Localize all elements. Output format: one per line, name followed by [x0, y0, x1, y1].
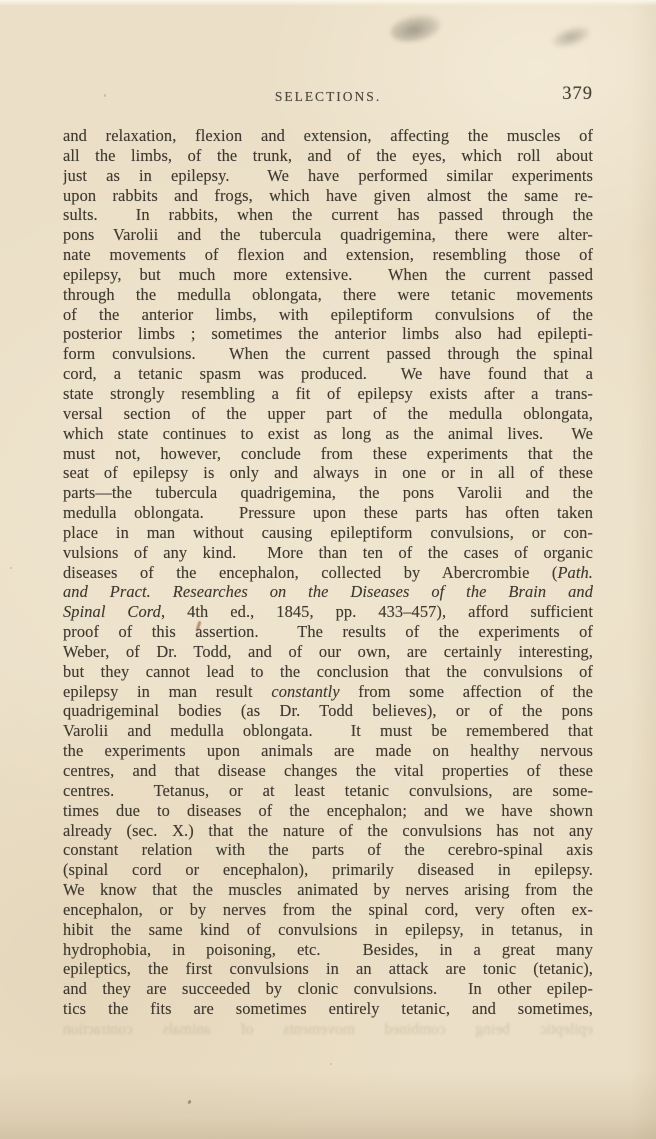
text-segment: hydrophobia, in poisoning, etc. Besides,…	[63, 940, 593, 959]
text-segment: quadrigeminal bodies (as Dr. Todd believ…	[63, 701, 593, 720]
text-line: must not, however, conclude from these e…	[63, 444, 593, 464]
text-segment: all the limbs, of the trunk, and of the …	[63, 146, 593, 165]
text-line: just as in epilepsy. We have performed s…	[63, 166, 593, 186]
text-line: epilepsy in man result constantly from s…	[63, 682, 593, 702]
text-segment: , 4th ed., 1845, pp. 433–457), afford su…	[161, 602, 593, 621]
text-line: and relaxation, flexion and extension, a…	[63, 126, 593, 146]
ink-smudge	[549, 22, 593, 51]
text-line: form convulsions. When the current passe…	[63, 344, 593, 364]
text-segment: medulla oblongata. Pressure upon these p…	[63, 503, 593, 522]
text-line: already (sec. X.) that the nature of the…	[63, 821, 593, 841]
ink-smudge	[388, 10, 444, 46]
text-line: the experiments upon animals are made on…	[63, 741, 593, 761]
text-line: centres. Tetanus, or at least tetanic co…	[63, 781, 593, 801]
text-line: encephalon, or by nerves from the spinal…	[63, 900, 593, 920]
text-line: which state continues to exist as long a…	[63, 424, 593, 444]
text-segment: epilepsy in man result	[63, 682, 271, 701]
text-segment: nate movements of flexion and extension,…	[63, 245, 593, 264]
text-segment: pons Varolii and the tubercula quadrigem…	[63, 225, 593, 244]
text-segment: Weber, of Dr. Todd, and of our own, are …	[63, 642, 593, 661]
text-segment: posterior limbs ; sometimes the anterior…	[63, 324, 593, 343]
page-number: 379	[562, 84, 593, 105]
paper-speck	[330, 1063, 332, 1065]
text-segment: parts—the tubercula quadrigemina, the po…	[63, 483, 593, 502]
text-line: of the anterior limbs, with epileptiform…	[63, 305, 593, 325]
text-line: upon rabbits and frogs, which have given…	[63, 186, 593, 206]
text-segment: through the medulla oblongata, there wer…	[63, 285, 593, 304]
text-line: but they cannot lead to the conclusion t…	[63, 662, 593, 682]
text-line: hydrophobia, in poisoning, etc. Besides,…	[63, 940, 593, 960]
text-line: state strongly resembling a fit of epile…	[63, 384, 593, 404]
text-line: seat of epilepsy is only and always in o…	[63, 463, 593, 483]
text-segment: the experiments upon animals are made on…	[63, 741, 593, 760]
text-segment: already (sec. X.) that the nature of the…	[63, 821, 593, 840]
text-segment: state strongly resembling a fit of epile…	[63, 384, 593, 403]
italic-text-segment: and Pract. Researches on the Diseases of…	[63, 582, 593, 601]
text-segment: seat of epilepsy is only and always in o…	[63, 463, 593, 482]
text-segment: centres. Tetanus, or at least tetanic co…	[63, 781, 593, 800]
text-segment: constant relation with the parts of the …	[63, 840, 593, 859]
text-line: cord, a tetanic spasm was produced. We h…	[63, 364, 593, 384]
text-line: through the medulla oblongata, there wer…	[63, 285, 593, 305]
text-line: place in man without causing epileptifor…	[63, 523, 593, 543]
text-segment: just as in epilepsy. We have performed s…	[63, 166, 593, 185]
text-line: diseases of the encephalon, collected by…	[63, 563, 593, 583]
text-segment: cord, a tetanic spasm was produced. We h…	[63, 364, 593, 383]
text-segment: place in man without causing epileptifor…	[63, 523, 593, 542]
text-segment: form convulsions. When the current passe…	[63, 344, 593, 363]
text-segment: diseases of the encephalon, collected by…	[63, 563, 557, 582]
text-line: medulla oblongata. Pressure upon these p…	[63, 503, 593, 523]
italic-text-segment: constantly	[271, 682, 339, 701]
text-segment: hibit the same kind of convulsions in ep…	[63, 920, 593, 939]
text-segment: and they are succeeded by clonic convuls…	[63, 979, 593, 998]
text-line: posterior limbs ; sometimes the anterior…	[63, 324, 593, 344]
text-segment: We know that the muscles animated by ner…	[63, 880, 593, 899]
bleedthrough-text: epileptic being combined movements of an…	[63, 1021, 593, 1039]
text-line: sults. In rabbits, when the current has …	[63, 205, 593, 225]
book-page: SELECTIONS. 379 and relaxation, flexion …	[0, 0, 656, 1139]
text-line: and they are succeeded by clonic convuls…	[63, 979, 593, 999]
text-segment: centres, and that disease changes the vi…	[63, 761, 593, 780]
text-line: proof of this assertion. The results of …	[63, 622, 593, 642]
text-segment: proof of this assertion. The results of …	[63, 622, 593, 641]
text-segment: (spinal cord or encephalon), primarily d…	[63, 860, 593, 879]
text-line: vulsions of any kind. More than ten of t…	[63, 543, 593, 563]
paper-speck	[187, 1100, 192, 1105]
text-segment: Varolii and medulla oblongata. It must b…	[63, 721, 593, 740]
text-line: constant relation with the parts of the …	[63, 840, 593, 860]
text-line: and Pract. Researches on the Diseases of…	[63, 582, 593, 602]
text-line: centres, and that disease changes the vi…	[63, 761, 593, 781]
text-line: epilepsy, but much more extensive. When …	[63, 265, 593, 285]
text-segment: sults. In rabbits, when the current has …	[63, 205, 593, 224]
text-segment: which state continues to exist as long a…	[63, 424, 593, 443]
italic-text-segment: Spinal Cord	[63, 602, 161, 621]
text-line: Weber, of Dr. Todd, and of our own, are …	[63, 642, 593, 662]
italic-text-segment: Path.	[557, 563, 593, 582]
text-segment: epileptics, the first convulsions in an …	[63, 959, 593, 978]
page-header: SELECTIONS. 379	[63, 87, 593, 109]
text-line: nate movements of flexion and extension,…	[63, 245, 593, 265]
text-line: epileptics, the first convulsions in an …	[63, 959, 593, 979]
text-line: all the limbs, of the trunk, and of the …	[63, 146, 593, 166]
text-line: hibit the same kind of convulsions in ep…	[63, 920, 593, 940]
paper-speck	[10, 567, 12, 569]
text-segment: versal section of the upper part of the …	[63, 404, 593, 423]
text-line: pons Varolii and the tubercula quadrigem…	[63, 225, 593, 245]
text-segment: encephalon, or by nerves from the spinal…	[63, 900, 593, 919]
text-segment: from some affection of the	[340, 682, 593, 701]
text-line: Varolii and medulla oblongata. It must b…	[63, 721, 593, 741]
text-line: We know that the muscles animated by ner…	[63, 880, 593, 900]
text-line: (spinal cord or encephalon), primarily d…	[63, 860, 593, 880]
text-segment: vulsions of any kind. More than ten of t…	[63, 543, 593, 562]
text-segment: but they cannot lead to the conclusion t…	[63, 662, 593, 681]
text-segment: of the anterior limbs, with epileptiform…	[63, 305, 593, 324]
text-segment: upon rabbits and frogs, which have given…	[63, 186, 593, 205]
text-line: versal section of the upper part of the …	[63, 404, 593, 424]
running-title: SELECTIONS.	[63, 89, 593, 105]
text-segment: epilepsy, but much more extensive. When …	[63, 265, 593, 284]
body-text: and relaxation, flexion and extension, a…	[63, 126, 593, 1019]
text-segment: tics the fits are sometimes entirely tet…	[63, 999, 593, 1018]
text-line: tics the fits are sometimes entirely tet…	[63, 999, 593, 1019]
text-line: Spinal Cord, 4th ed., 1845, pp. 433–457)…	[63, 602, 593, 622]
paper-speck	[104, 94, 106, 97]
text-line: times due to diseases of the encephalon;…	[63, 801, 593, 821]
text-segment: times due to diseases of the encephalon;…	[63, 801, 593, 820]
text-segment: must not, however, conclude from these e…	[63, 444, 593, 463]
text-segment: and relaxation, flexion and extension, a…	[63, 126, 593, 145]
text-line: parts—the tubercula quadrigemina, the po…	[63, 483, 593, 503]
text-line: quadrigeminal bodies (as Dr. Todd believ…	[63, 701, 593, 721]
